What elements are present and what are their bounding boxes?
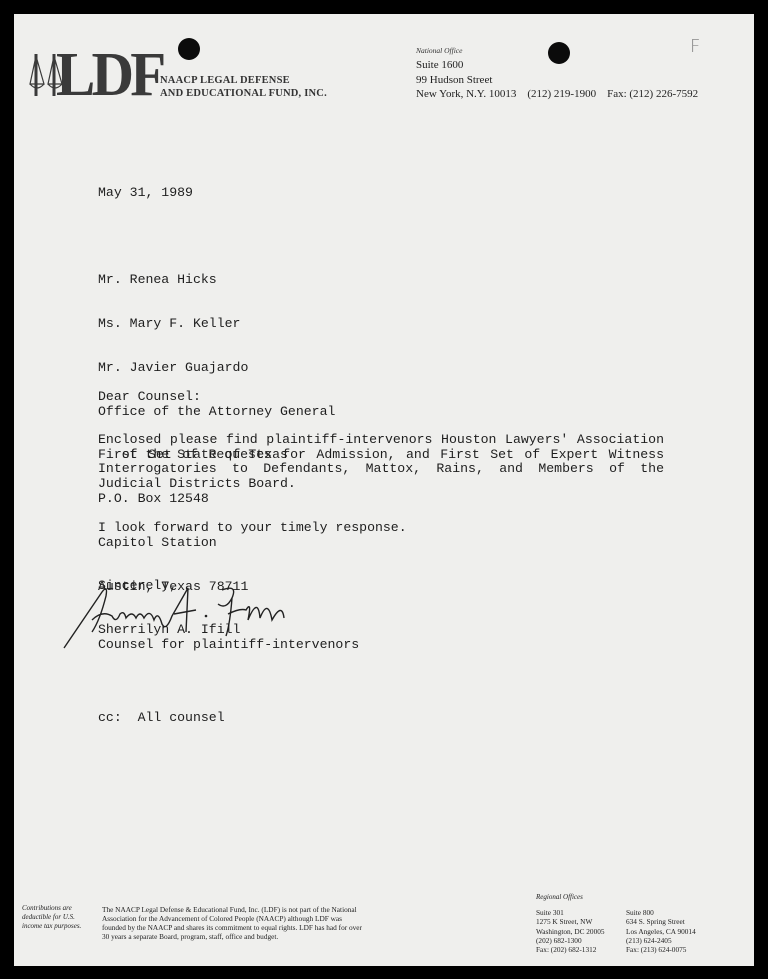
body-paragraph: I look forward to your timely response. bbox=[98, 521, 407, 536]
body-paragraph: Enclosed please find plaintiff-interveno… bbox=[98, 433, 664, 491]
punch-hole bbox=[548, 42, 570, 64]
letter-date: May 31, 1989 bbox=[98, 186, 193, 201]
cc-line: cc: All counsel bbox=[98, 711, 225, 726]
handwritten-mark: F bbox=[690, 36, 700, 57]
national-office-address: Suite 1600 99 Hudson Street New York, N.… bbox=[416, 58, 698, 102]
organization-name: NAACP LEGAL DEFENSE AND EDUCATIONAL FUND… bbox=[160, 74, 327, 100]
regional-office-los-angeles: Suite 800 634 S. Spring Street Los Angel… bbox=[626, 908, 696, 954]
disclaimer-text: The NAACP Legal Defense & Educational Fu… bbox=[102, 905, 362, 941]
ldf-logo: LDF bbox=[28, 44, 160, 104]
regional-office-washington: Suite 301 1275 K Street, NW Washington, … bbox=[536, 908, 605, 954]
logo-text: LDF bbox=[56, 40, 162, 111]
national-office-label: National Office bbox=[416, 46, 462, 55]
regional-offices-title: Regional Offices bbox=[536, 893, 583, 901]
salutation: Dear Counsel: bbox=[98, 390, 201, 405]
tax-deductible-note: Contributions are deductible for U.S. in… bbox=[22, 904, 81, 931]
signer-name: Sherrilyn A. Ifill bbox=[98, 623, 240, 638]
signer-title: Counsel for plaintiff-intervenors bbox=[98, 638, 359, 653]
punch-hole bbox=[178, 38, 200, 60]
letter-page: LDF NAACP LEGAL DEFENSE AND EDUCATIONAL … bbox=[14, 14, 754, 966]
